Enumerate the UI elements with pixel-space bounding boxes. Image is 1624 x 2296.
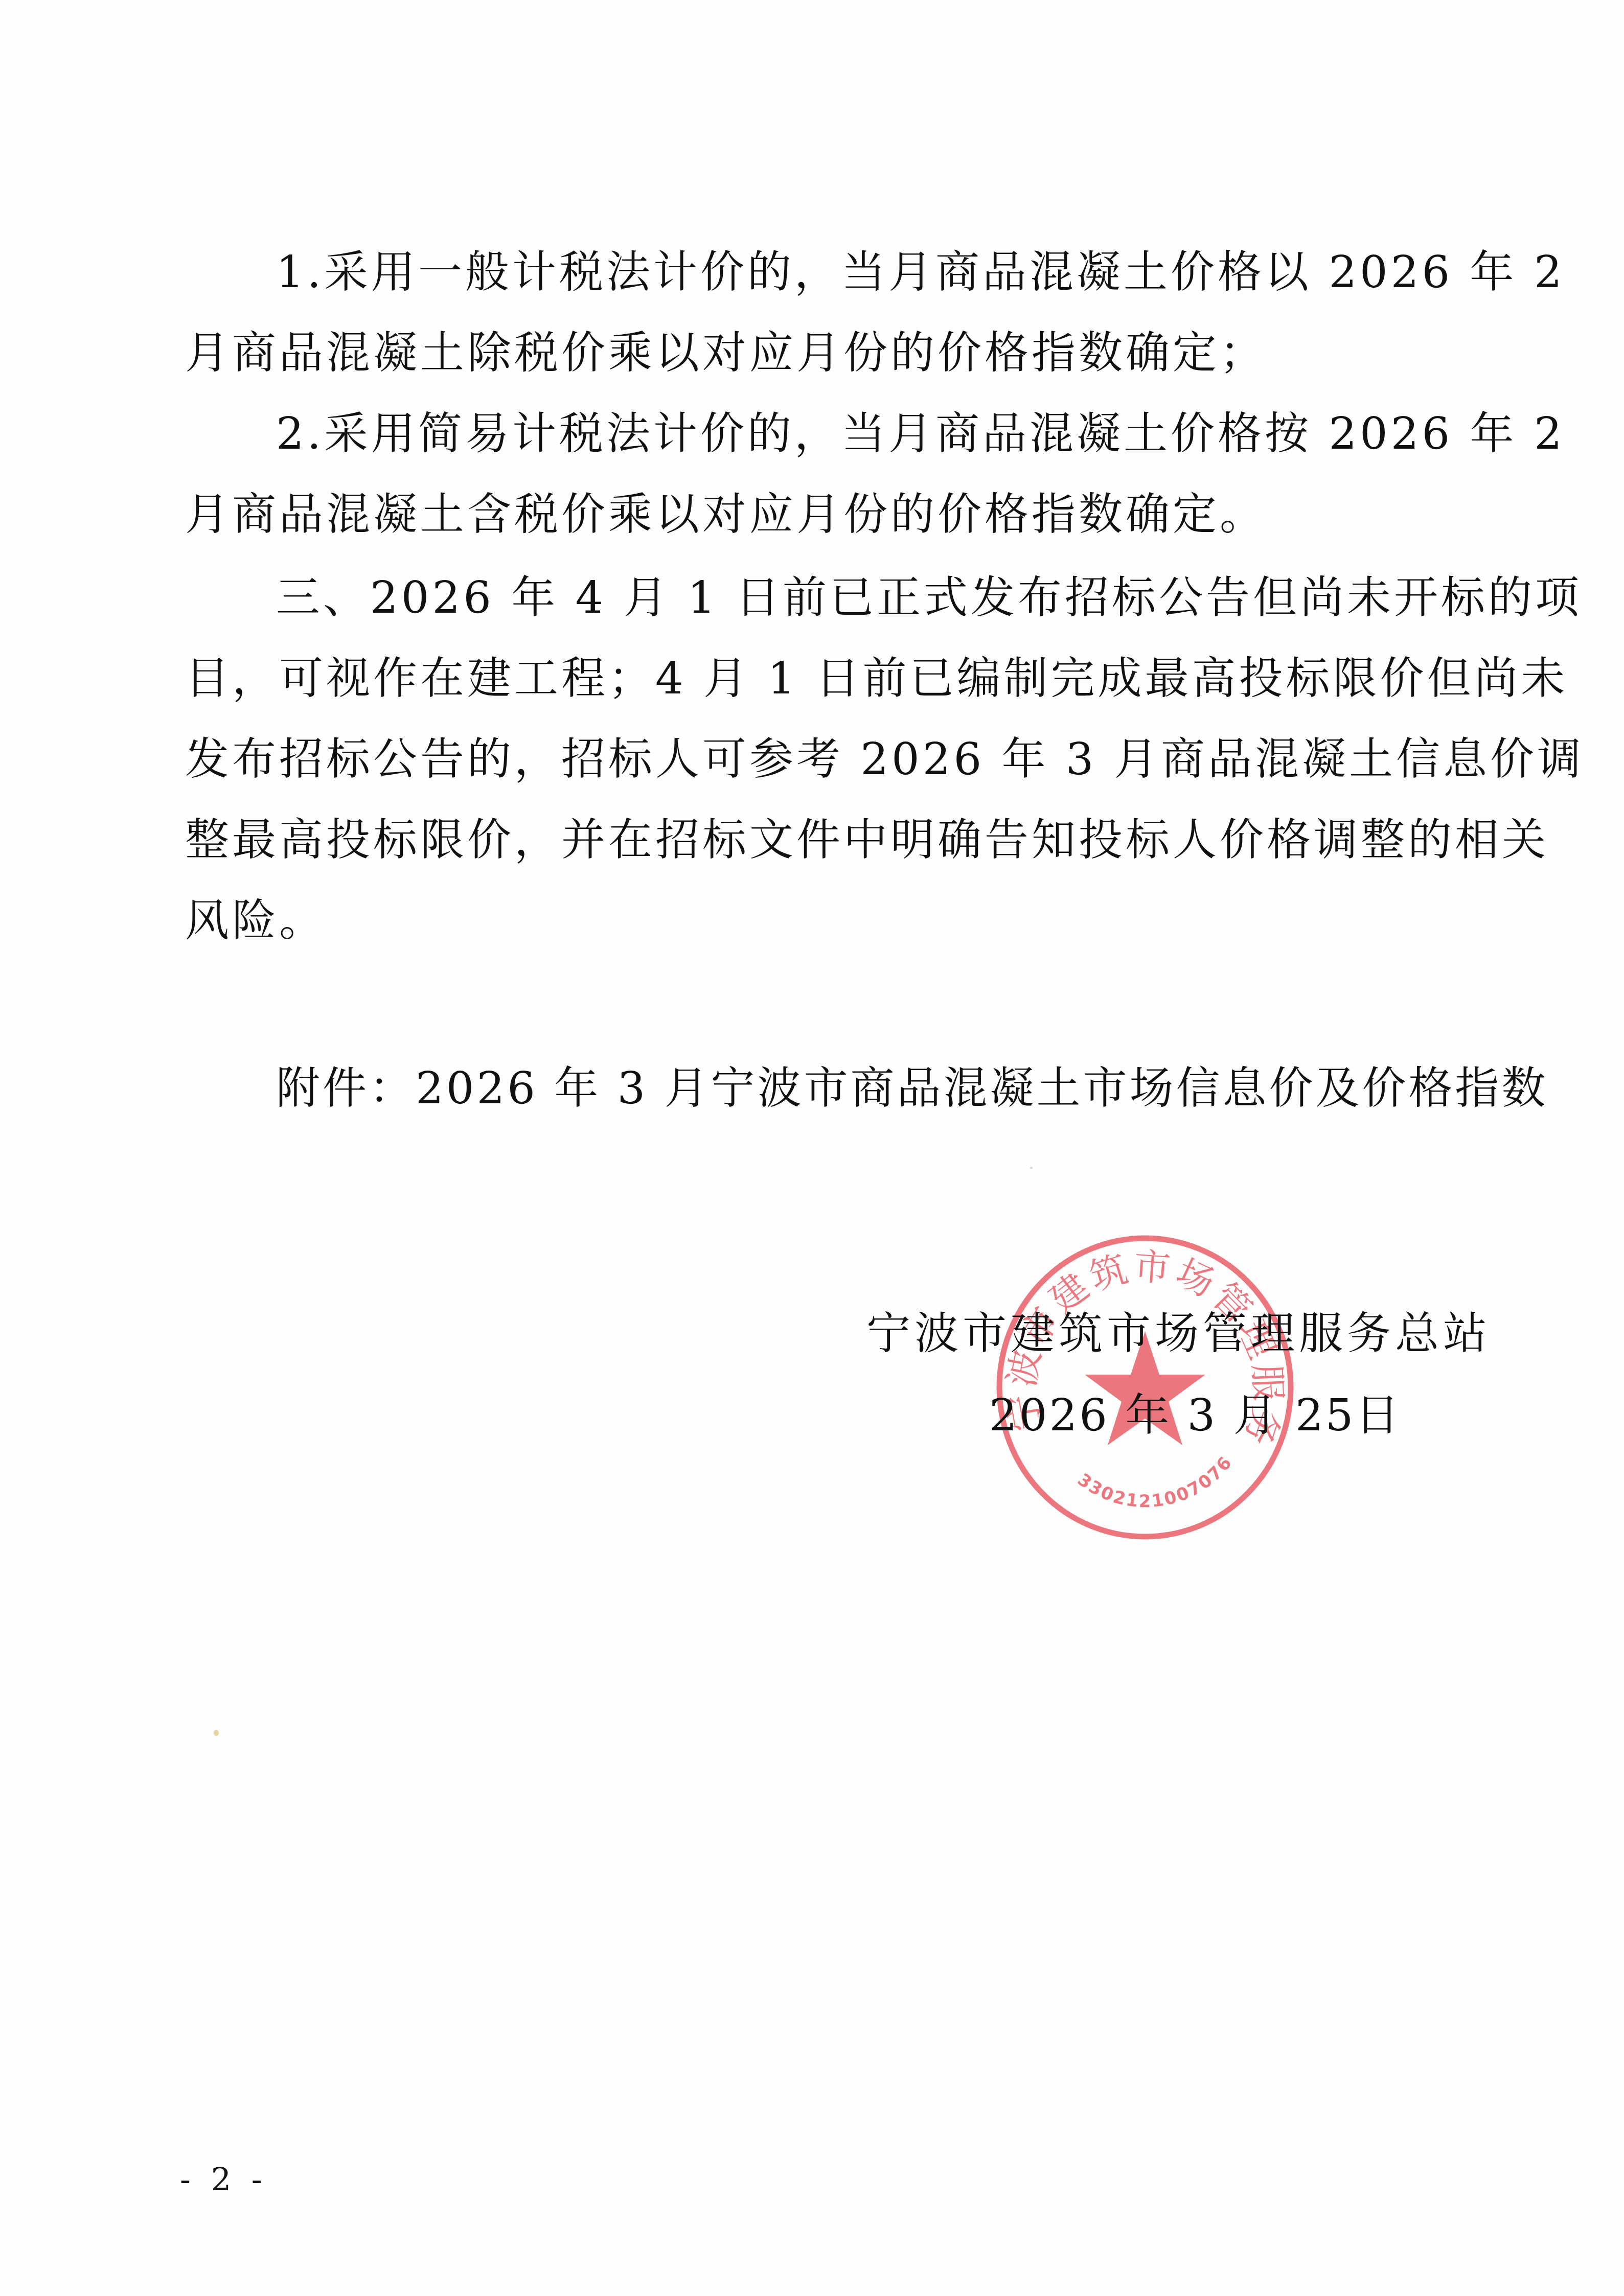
signature-date: 2026 年 3 月 25日: [989, 1387, 1401, 1444]
paragraph-item-2-line-2: 月商品混凝土含税价乘以对应月份的价格指数确定。: [185, 486, 1427, 543]
attachment-note: 附件：2026 年 3 月宁波市商品混凝土市场信息价及价格指数: [276, 1060, 1548, 1117]
paragraph-section-3-line-2: 目，可视作在建工程；4 月 1 日前已编制完成最高投标限价但尚未: [185, 651, 1427, 707]
page-number: - 2 -: [180, 2159, 267, 2200]
paragraph-item-1-line-2: 月商品混凝土除税价乘以对应月份的价格指数确定；: [185, 325, 1427, 381]
paragraph-item-1-line-1: 1.采用一般计税法计价的，当月商品混凝土价格以 2026 年 2: [276, 244, 1427, 300]
document-page: 1.采用一般计税法计价的，当月商品混凝土价格以 2026 年 2 月商品混凝土除…: [0, 0, 1624, 2296]
scan-speck: [1030, 1167, 1033, 1169]
paragraph-section-3-line-5: 风险。: [185, 893, 1427, 949]
paragraph-section-3-line-4: 整最高投标限价，并在招标文件中明确告知投标人价格调整的相关: [185, 812, 1427, 868]
paragraph-section-3-line-3: 发布招标公告的，招标人可参考 2026 年 3 月商品混凝土信息价调: [185, 731, 1427, 787]
paragraph-item-2-line-1: 2.采用简易计税法计价的，当月商品混凝土价格按 2026 年 2: [276, 406, 1427, 462]
paragraph-section-3-line-1: 三、2026 年 4 月 1 日前已正式发布招标公告但尚未开标的项: [276, 570, 1427, 626]
signature-organization: 宁波市建筑市场管理服务总站: [866, 1306, 1491, 1362]
scan-speck: [214, 1730, 219, 1736]
